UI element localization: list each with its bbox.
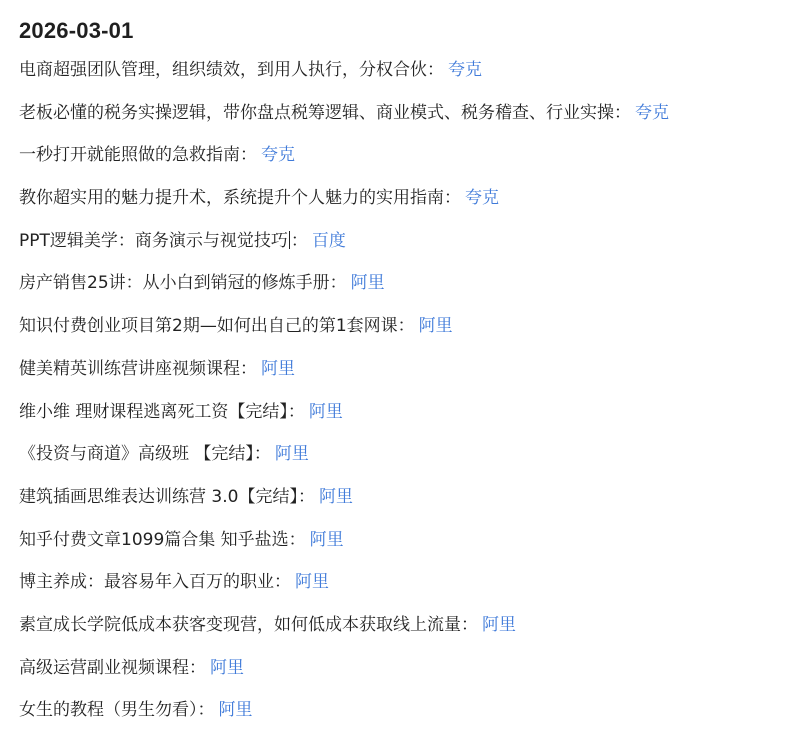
entry-title: 房产销售25讲：从小白到销冠的修炼手册 [19, 273, 330, 293]
entry-link[interactable]: 阿里 [219, 700, 253, 720]
resource-list: 电商超强团队管理，组织绩效，到用人执行，分权合伙：夸克 老板必懂的税务实操逻辑，… [19, 58, 800, 723]
list-item: 建筑插画思维表达训练营 3.0【完结】：阿里 [19, 485, 800, 510]
list-item: 一秒打开就能照做的急救指南：夸克 [19, 143, 800, 168]
entry-title: 建筑插画思维表达训练营 3.0【完结】 [19, 487, 298, 507]
entry-separator: ： [298, 487, 315, 507]
entry-title: 健美精英训练营讲座视频课程 [19, 359, 240, 379]
entry-separator: ： [330, 273, 347, 293]
entry-title: 知识付费创业项目第2期—如何出自己的第1套网课 [19, 316, 398, 336]
date-heading: 2026-03-01 [19, 16, 800, 46]
entry-separator: ： [254, 444, 271, 464]
list-item: 维小维 理财课程逃离死工资【完结】：阿里 [19, 400, 800, 425]
list-item: 《投资与商道》高级班 【完结】：阿里 [19, 442, 800, 467]
entry-link[interactable]: 阿里 [419, 316, 453, 336]
entry-link[interactable]: 阿里 [295, 572, 329, 592]
entry-separator: ： [240, 359, 257, 379]
entry-title: PPT逻辑美学：商务演示与视觉技巧 [19, 231, 288, 251]
list-item: 教你超实用的魅力提升术，系统提升个人魅力的实用指南：夸克 [19, 186, 800, 211]
list-item: PPT逻辑美学：商务演示与视觉技巧：百度 [19, 229, 800, 254]
list-item: 知乎付费文章1099篇合集 知乎盐选：阿里 [19, 528, 800, 553]
entry-link[interactable]: 阿里 [482, 615, 516, 635]
entry-separator: ： [274, 572, 291, 592]
list-item: 素宣成长学院低成本获客变现营，如何低成本获取线上流量：阿里 [19, 613, 800, 638]
entry-title: 知乎付费文章1099篇合集 知乎盐选 [19, 530, 289, 550]
list-item: 知识付费创业项目第2期—如何出自己的第1套网课：阿里 [19, 314, 800, 339]
entry-separator: ： [398, 316, 415, 336]
entry-title: 教你超实用的魅力提升术，系统提升个人魅力的实用指南 [19, 188, 444, 208]
entry-title: 电商超强团队管理，组织绩效，到用人执行，分权合伙 [19, 60, 427, 80]
document-page: 2026-03-01 电商超强团队管理，组织绩效，到用人执行，分权合伙：夸克 老… [0, 0, 800, 723]
entry-separator: ： [289, 530, 306, 550]
entry-title: 博主养成：最容易年入百万的职业 [19, 572, 274, 592]
entry-link[interactable]: 阿里 [210, 658, 244, 678]
entry-link[interactable]: 阿里 [275, 444, 309, 464]
list-item: 博主养成：最容易年入百万的职业：阿里 [19, 570, 800, 595]
list-item: 房产销售25讲：从小白到销冠的修炼手册：阿里 [19, 271, 800, 296]
entry-title: 维小维 理财课程逃离死工资【完结】 [19, 402, 288, 422]
entry-separator: ： [198, 700, 215, 720]
entry-link[interactable]: 阿里 [261, 359, 295, 379]
entry-separator: ： [614, 103, 631, 123]
entry-link[interactable]: 阿里 [310, 530, 344, 550]
entry-link[interactable]: 阿里 [351, 273, 385, 293]
entry-title: 《投资与商道》高级班 【完结】 [19, 444, 254, 464]
entry-separator: ： [444, 188, 461, 208]
list-item: 女生的教程（男生勿看）：阿里 [19, 698, 800, 723]
entry-title: 素宣成长学院低成本获客变现营，如何低成本获取线上流量 [19, 615, 461, 635]
entry-link[interactable]: 夸克 [448, 60, 482, 80]
text-cursor-caret [289, 231, 290, 249]
entry-title: 女生的教程（男生勿看） [19, 700, 198, 720]
entry-title: 老板必懂的税务实操逻辑，带你盘点税筹逻辑、商业模式、税务稽查、行业实操 [19, 103, 614, 123]
list-item: 高级运营副业视频课程：阿里 [19, 656, 800, 681]
entry-title: 一秒打开就能照做的急救指南 [19, 145, 240, 165]
list-item: 电商超强团队管理，组织绩效，到用人执行，分权合伙：夸克 [19, 58, 800, 83]
entry-separator: ： [461, 615, 478, 635]
entry-separator: ： [189, 658, 206, 678]
entry-separator: ： [291, 231, 308, 251]
entry-separator: ： [240, 145, 257, 165]
entry-separator: ： [427, 60, 444, 80]
list-item: 健美精英训练营讲座视频课程：阿里 [19, 357, 800, 382]
entry-link[interactable]: 夸克 [261, 145, 295, 165]
entry-separator: ： [288, 402, 305, 422]
entry-link[interactable]: 阿里 [319, 487, 353, 507]
entry-link[interactable]: 夸克 [465, 188, 499, 208]
entry-title: 高级运营副业视频课程 [19, 658, 189, 678]
list-item: 老板必懂的税务实操逻辑，带你盘点税筹逻辑、商业模式、税务稽查、行业实操：夸克 [19, 101, 800, 126]
entry-link[interactable]: 百度 [312, 231, 346, 251]
entry-link[interactable]: 阿里 [309, 402, 343, 422]
entry-link[interactable]: 夸克 [635, 103, 669, 123]
